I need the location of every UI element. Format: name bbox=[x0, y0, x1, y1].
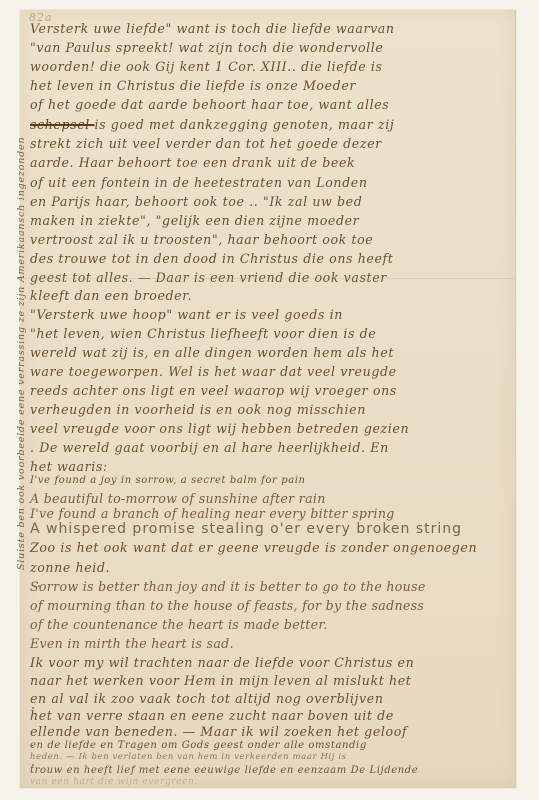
manuscript-line: maken in ziekte", "gelijk een dien zijne… bbox=[30, 213, 359, 228]
manuscript-line: of the countenance the heart is made bet… bbox=[30, 617, 328, 632]
manuscript-line: zonne heid. bbox=[30, 560, 110, 575]
margin-note: Sluiste ben ook voorbeelde eene verrassi… bbox=[16, 137, 27, 570]
ink-dot bbox=[32, 707, 34, 709]
manuscript-line: van een hart die wijn evergreen. bbox=[30, 777, 198, 787]
manuscript-line: naar het werken voor Hem in mijn leven a… bbox=[30, 673, 411, 688]
line-text: of the countenance the heart is made bet… bbox=[30, 617, 328, 632]
manuscript-line: Sorrow is better than joy and it is bett… bbox=[30, 579, 426, 594]
line-text: Zoo is het ook want dat er geene vreugde… bbox=[30, 540, 477, 555]
manuscript-line: het waaris: bbox=[30, 459, 108, 474]
manuscript-line: of uit een fontein in de heetestraten va… bbox=[30, 175, 368, 190]
manuscript-line: verheugden in voorheid is en ook nog mis… bbox=[30, 402, 366, 417]
line-text: trouw en heeft lief met eene eeuwige lie… bbox=[30, 765, 418, 776]
line-text: "Versterk uwe hoop" want er is veel goed… bbox=[30, 307, 343, 322]
manuscript-line: Ik voor my wil trachten naar de liefde v… bbox=[30, 655, 414, 670]
line-text: ware toegeworpen. Wel is het waar dat ve… bbox=[30, 364, 397, 379]
line-text: Even in mirth the heart is sad. bbox=[30, 636, 234, 651]
line-text: reeds achter ons ligt en veel waarop wij… bbox=[30, 383, 397, 398]
manuscript-line: vertroost zal ik u troosten", haar behoo… bbox=[30, 232, 373, 247]
line-text: het waaris: bbox=[30, 459, 108, 474]
manuscript-line: trouw en heeft lief met eene eeuwige lie… bbox=[30, 765, 418, 776]
manuscript-line: des trouwe tot in den dood in Christus d… bbox=[30, 251, 393, 266]
manuscript-line: of het goede dat aarde behoort haar toe,… bbox=[30, 97, 389, 112]
struck-word: schepsel bbox=[30, 117, 95, 132]
manuscript-line: en al val ik zoo vaak toch tot altijd no… bbox=[30, 691, 384, 706]
manuscript-line: Versterk uwe liefde" want is toch die li… bbox=[30, 21, 395, 36]
line-text: veel vreugde voor ons ligt wij hebben be… bbox=[30, 421, 409, 436]
manuscript-line: en de liefde en Tragen om Gods geest ond… bbox=[30, 740, 367, 751]
manuscript-line: woorden! die ook Gij kent 1 Cor. XIII.. … bbox=[30, 59, 383, 74]
manuscript-line: I've found a branch of healing near ever… bbox=[30, 506, 395, 521]
line-text: naar het werken voor Hem in mijn leven a… bbox=[30, 673, 411, 688]
line-text: "het leven, wien Christus liefheeft voor… bbox=[30, 326, 376, 341]
manuscript-line: reeds achter ons ligt en veel waarop wij… bbox=[30, 383, 397, 398]
line-text: kleeft dan een broeder. bbox=[30, 288, 192, 303]
manuscript-line: strekt zich uit veel verder dan tot het … bbox=[30, 136, 382, 151]
manuscript-line: Even in mirth the heart is sad. bbox=[30, 636, 234, 651]
line-text: woorden! die ook Gij kent 1 Cor. XIII.. … bbox=[30, 59, 383, 74]
line-text: en de liefde en Tragen om Gods geest ond… bbox=[30, 740, 367, 751]
manuscript-line: kleeft dan een broeder. bbox=[30, 288, 192, 303]
manuscript-line: of mourning than to the house of feasts,… bbox=[30, 598, 424, 613]
manuscript-line: I've found a joy in sorrow, a secret bal… bbox=[30, 475, 306, 486]
manuscript-line: wereld wat zij is, en alle dingen worden… bbox=[30, 345, 394, 360]
line-text: het van verre staan en eene zucht naar b… bbox=[30, 708, 394, 723]
manuscript-line: schepsel is goed met dankzegging genoten… bbox=[30, 117, 394, 132]
manuscript-line: A beautiful to-morrow of sunshine after … bbox=[30, 491, 326, 506]
manuscript-line: Zoo is het ook want dat er geene vreugde… bbox=[30, 540, 477, 555]
line-text: geest tot alles. — Daar is een vriend di… bbox=[30, 270, 387, 285]
line-text: of uit een fontein in de heetestraten va… bbox=[30, 175, 368, 190]
line-text: het leven in Christus die liefde is onze… bbox=[30, 78, 356, 93]
line-text: of mourning than to the house of feasts,… bbox=[30, 598, 424, 613]
line-text: I've found a joy in sorrow, a secret bal… bbox=[30, 475, 306, 486]
line-text: A whispered promise stealing o'er every … bbox=[30, 521, 462, 537]
manuscript-line: het van verre staan en eene zucht naar b… bbox=[30, 708, 394, 723]
manuscript-line: "het leven, wien Christus liefheeft voor… bbox=[30, 326, 376, 341]
manuscript-line: en Parijs haar, behoort ook toe .. "Ik z… bbox=[30, 194, 362, 209]
line-text: . De wereld gaat voorbij en al hare heer… bbox=[30, 440, 389, 455]
manuscript-line: "Versterk uwe hoop" want er is veel goed… bbox=[30, 307, 343, 322]
line-text: maken in ziekte", "gelijk een dien zijne… bbox=[30, 213, 359, 228]
line-text: ellende van beneden. — Maar ik wil zoeke… bbox=[30, 724, 407, 739]
manuscript-line: aarde. Haar behoort toe een drank uit de… bbox=[30, 155, 355, 170]
line-text: en Parijs haar, behoort ook toe .. "Ik z… bbox=[30, 194, 362, 209]
manuscript-line: veel vreugde voor ons ligt wij hebben be… bbox=[30, 421, 409, 436]
manuscript-line: . De wereld gaat voorbij en al hare heer… bbox=[30, 440, 389, 455]
line-text: I've found a branch of healing near ever… bbox=[30, 506, 395, 521]
manuscript-line: A whispered promise stealing o'er every … bbox=[30, 521, 462, 537]
line-text: Sorrow is better than joy and it is bett… bbox=[30, 579, 426, 594]
line-text: van een hart die wijn evergreen. bbox=[30, 777, 198, 787]
manuscript-line: ellende van beneden. — Maar ik wil zoeke… bbox=[30, 724, 407, 739]
line-text: vertroost zal ik u troosten", haar behoo… bbox=[30, 232, 373, 247]
line-text: strekt zich uit veel verder dan tot het … bbox=[30, 136, 382, 151]
line-text: Versterk uwe liefde" want is toch die li… bbox=[30, 21, 395, 36]
manuscript-page: 82a Sluiste ben ook voorbeelde eene verr… bbox=[20, 10, 516, 788]
line-text: en al val ik zoo vaak toch tot altijd no… bbox=[30, 691, 384, 706]
manuscript-line: het leven in Christus die liefde is onze… bbox=[30, 78, 356, 93]
line-text: aarde. Haar behoort toe een drank uit de… bbox=[30, 155, 355, 170]
line-text: Ik voor my wil trachten naar de liefde v… bbox=[30, 655, 414, 670]
line-text: zonne heid. bbox=[30, 560, 110, 575]
line-text: verheugden in voorheid is en ook nog mis… bbox=[30, 402, 366, 417]
line-text: of het goede dat aarde behoort haar toe,… bbox=[30, 97, 389, 112]
manuscript-line: "van Paulus spreekt! wat zijn toch die w… bbox=[30, 40, 383, 55]
line-text: "van Paulus spreekt! wat zijn toch die w… bbox=[30, 40, 383, 55]
manuscript-line: ware toegeworpen. Wel is het waar dat ve… bbox=[30, 364, 397, 379]
line-text: wereld wat zij is, en alle dingen worden… bbox=[30, 345, 394, 360]
line-text: des trouwe tot in den dood in Christus d… bbox=[30, 251, 393, 266]
ink-dot bbox=[38, 585, 40, 587]
line-text: is goed met dankzegging genoten, maar zi… bbox=[95, 117, 395, 132]
manuscript-line: geest tot alles. — Daar is een vriend di… bbox=[30, 270, 387, 285]
line-text: heden. — Ik ben verlaten ben van hem in … bbox=[30, 752, 347, 762]
manuscript-line: heden. — Ik ben verlaten ben van hem in … bbox=[30, 752, 347, 762]
line-text: A beautiful to-morrow of sunshine after … bbox=[30, 491, 326, 506]
ink-dot bbox=[32, 764, 34, 766]
